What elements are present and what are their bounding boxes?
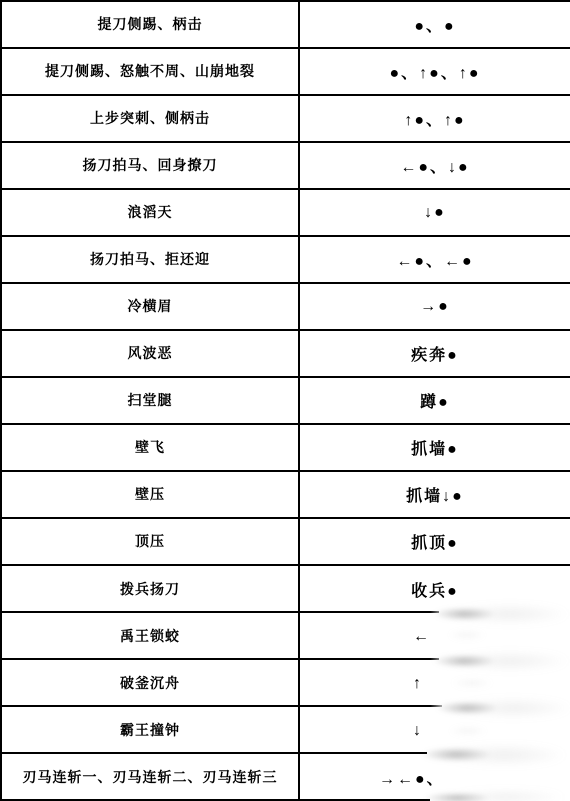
move-name-cell: 扬刀拍马、拒还迎 bbox=[2, 237, 300, 282]
move-name: 冷横眉 bbox=[128, 298, 173, 314]
move-name: 拨兵扬刀 bbox=[120, 581, 180, 597]
move-name-cell: 上步突刺、侧柄击 bbox=[2, 96, 300, 141]
move-name: 霸王撞钟 bbox=[120, 722, 180, 738]
move-name: 提刀侧踢、怒触不周、山崩地裂 bbox=[45, 63, 255, 79]
command-input: ←●、←● bbox=[396, 248, 473, 271]
move-name-cell: 拨兵扬刀 bbox=[2, 566, 300, 613]
command-input: ↑●、↑● bbox=[404, 107, 465, 130]
move-name: 浪滔天 bbox=[128, 204, 173, 220]
table-row: 冷横眉 →● bbox=[2, 284, 570, 331]
command-input: →● bbox=[420, 298, 450, 316]
move-name-cell: 刃马连斩一、刃马连斩二、刃马连斩三 bbox=[2, 754, 300, 801]
move-name: 上步突刺、侧柄击 bbox=[90, 110, 210, 126]
command-cell: ↑●、↑● bbox=[300, 96, 570, 141]
command-input: ↓ bbox=[413, 722, 423, 740]
command-cell: 抓墙● bbox=[300, 425, 570, 470]
command-input: ↓● bbox=[424, 204, 446, 222]
command-input: ●、↑●、↑● bbox=[390, 60, 481, 83]
command-input: 蹲● bbox=[420, 389, 450, 412]
table-row: 浪滔天 ↓● bbox=[2, 190, 570, 237]
command-input: ●、● bbox=[414, 13, 455, 36]
command-cell: ●、↑●、↑● bbox=[300, 49, 570, 94]
command-cell: ●、● bbox=[300, 2, 570, 47]
command-cell: ←●、←● bbox=[300, 237, 570, 282]
command-input: ← bbox=[413, 628, 431, 646]
move-name-cell: 壁飞 bbox=[2, 425, 300, 470]
table-row: 上步突刺、侧柄击 ↑●、↑● bbox=[2, 96, 570, 143]
move-name: 风波恶 bbox=[128, 345, 173, 361]
command-input: 抓顶● bbox=[411, 530, 459, 553]
move-name: 壁压 bbox=[135, 486, 165, 502]
table-row: 扬刀拍马、回身撩刀 ←●、↓● bbox=[2, 143, 570, 190]
erased-region-overlay bbox=[430, 598, 570, 801]
move-name: 刃马连斩一、刃马连斩二、刃马连斩三 bbox=[23, 769, 278, 785]
command-input: 疾奔● bbox=[411, 342, 459, 365]
command-cell: 抓墙↓● bbox=[300, 472, 570, 517]
table-row: 提刀侧踢、怒触不周、山崩地裂 ●、↑●、↑● bbox=[2, 49, 570, 96]
move-name-cell: 提刀侧踢、怒触不周、山崩地裂 bbox=[2, 49, 300, 94]
table-row: 顶压 抓顶● bbox=[2, 519, 570, 566]
table-row: 风波恶 疾奔● bbox=[2, 331, 570, 378]
move-name-cell: 冷横眉 bbox=[2, 284, 300, 329]
move-name: 破釜沉舟 bbox=[120, 675, 180, 691]
move-name-cell: 顶压 bbox=[2, 519, 300, 564]
move-name-cell: 提刀侧踢、柄击 bbox=[2, 2, 300, 47]
move-name-cell: 浪滔天 bbox=[2, 190, 300, 235]
command-cell: ←●、↓● bbox=[300, 143, 570, 188]
move-name-cell: 扬刀拍马、回身撩刀 bbox=[2, 143, 300, 188]
move-name: 扬刀拍马、拒还迎 bbox=[90, 251, 210, 267]
command-cell: ↓● bbox=[300, 190, 570, 235]
move-name-cell: 壁压 bbox=[2, 472, 300, 517]
move-name: 提刀侧踢、柄击 bbox=[98, 16, 203, 32]
move-name: 壁飞 bbox=[135, 439, 165, 455]
command-input: ↑ bbox=[413, 675, 423, 693]
command-cell: 抓顶● bbox=[300, 519, 570, 564]
command-cell: 蹲● bbox=[300, 378, 570, 423]
command-cell: →● bbox=[300, 284, 570, 329]
table-row: 壁飞 抓墙● bbox=[2, 425, 570, 472]
table-row: 提刀侧踢、柄击 ●、● bbox=[2, 2, 570, 49]
move-name-cell: 破釜沉舟 bbox=[2, 660, 300, 707]
command-input: 抓墙● bbox=[411, 436, 459, 459]
table-row: 壁压 抓墙↓● bbox=[2, 472, 570, 519]
command-input: ←●、↓● bbox=[400, 154, 469, 177]
command-input: 抓墙↓● bbox=[406, 483, 464, 506]
move-name-cell: 禹王锁蛟 bbox=[2, 613, 300, 660]
move-name-cell: 霸王撞钟 bbox=[2, 707, 300, 754]
table-row: 扬刀拍马、拒还迎 ←●、←● bbox=[2, 237, 570, 284]
move-name: 扫堂腿 bbox=[128, 392, 173, 408]
move-name: 禹王锁蛟 bbox=[120, 628, 180, 644]
move-command-table: 提刀侧踢、柄击 ●、● 提刀侧踢、怒触不周、山崩地裂 ●、↑●、↑● 上步突刺、… bbox=[0, 0, 570, 801]
table-row: 扫堂腿 蹲● bbox=[2, 378, 570, 425]
move-name-cell: 风波恶 bbox=[2, 331, 300, 376]
move-name: 顶压 bbox=[135, 533, 165, 549]
move-name-cell: 扫堂腿 bbox=[2, 378, 300, 423]
move-name: 扬刀拍马、回身撩刀 bbox=[83, 157, 218, 173]
command-cell: 疾奔● bbox=[300, 331, 570, 376]
